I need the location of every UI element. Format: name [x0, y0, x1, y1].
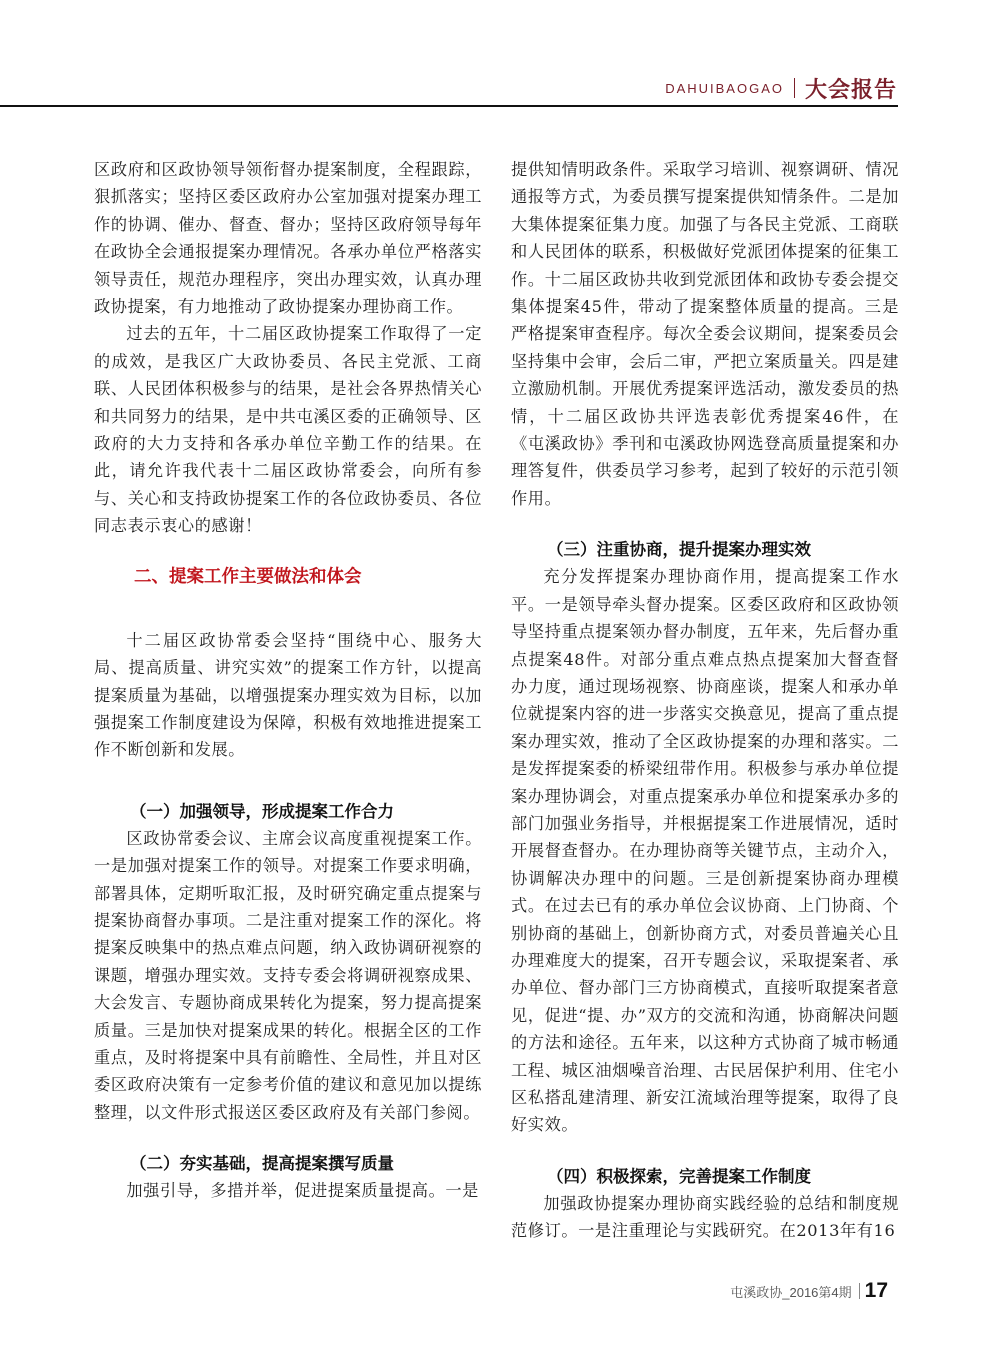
paragraph: 区政府和区政协领导领衔督办提案制度，全程跟踪，狠抓落实；坚持区委区政府办公室加强…: [94, 156, 482, 320]
section-heading: 二、提案工作主要做法和体会: [94, 564, 482, 591]
paragraph: 加强政协提案办理协商实践经验的总结和制度规范修订。一是注重理论与实践研究。在20…: [511, 1190, 899, 1245]
subsection-heading: （四）积极探索，完善提案工作制度: [511, 1163, 899, 1190]
running-header: DAHUIBAOGAO 大会报告: [665, 70, 897, 106]
subsection-heading: （三）注重协商，提升提案办理实效: [511, 536, 899, 563]
paragraph: 充分发挥提案办理协商作用，提高提案工作水平。一是领导牵头督办提案。区委区政府和区…: [511, 563, 899, 1139]
paragraph: 提供知情明政条件。采取学习培训、视察调研、情况通报等方式，为委员撰写提案提供知情…: [511, 156, 899, 512]
left-column: 区政府和区政协领导领衔督办提案制度，全程跟踪，狠抓落实；坚持区委区政府办公室加强…: [94, 156, 482, 1205]
subsection-heading: （一）加强领导，形成提案工作合力: [94, 798, 482, 825]
paragraph: 区政协常委会议、主席会议高度重视提案工作。一是加强对提案工作的领导。对提案工作要…: [94, 825, 482, 1126]
header-divider: [794, 78, 795, 98]
footer-divider: [859, 1283, 860, 1299]
page-footer: 屯溪政协_2016第4期 17: [730, 1279, 888, 1303]
paragraph: 十二届区政协常委会坚持“围绕中心、服务大局、提高质量、讲究实效”的提案工作方针，…: [94, 627, 482, 764]
header-rule: [0, 105, 898, 107]
section-name-pinyin: DAHUIBAOGAO: [665, 81, 784, 96]
magazine-issue: 屯溪政协_2016第4期: [730, 1282, 851, 1301]
page-number: 17: [865, 1279, 888, 1303]
subsection-heading: （二）夯实基础，提高提案撰写质量: [94, 1150, 482, 1177]
section-name-chinese: 大会报告: [805, 73, 897, 104]
right-column: 提供知情明政条件。采取学习培训、视察调研、情况通报等方式，为委员撰写提案提供知情…: [511, 156, 899, 1245]
paragraph: 过去的五年，十二届区政协提案工作取得了一定的成效，是我区广大政协委员、各民主党派…: [94, 320, 482, 539]
paragraph: 加强引导，多措并举，促进提案质量提高。一是: [94, 1177, 482, 1204]
